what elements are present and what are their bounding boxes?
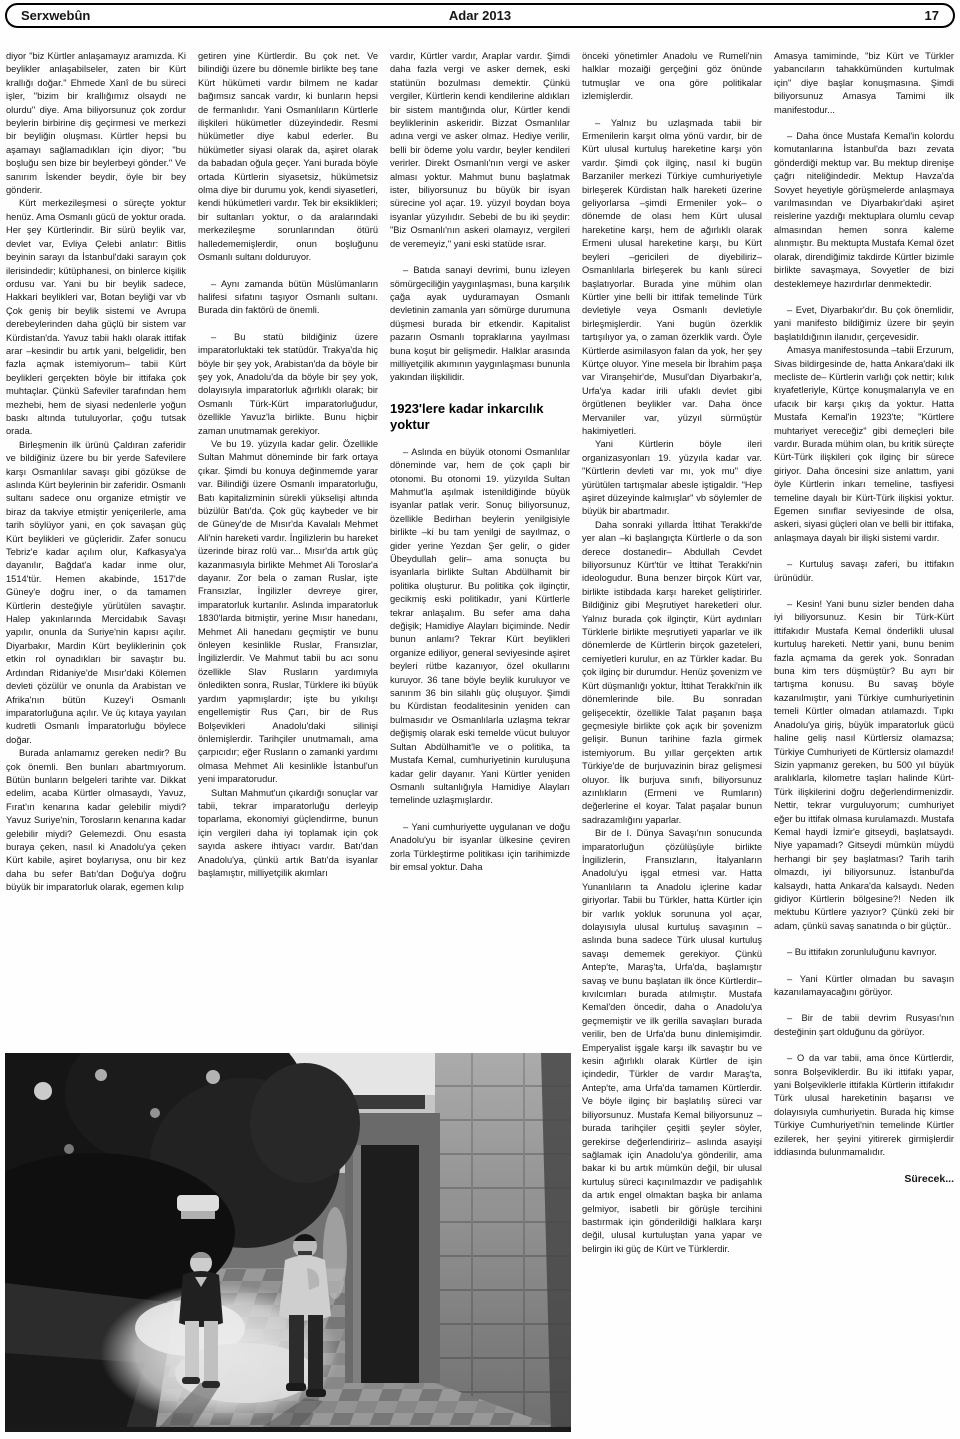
paragraph: önceki yönetimler Anadolu ve Rumeli'nin … [582,50,762,104]
paragraph: – Batıda sanayi devrimi, bunu izleyen sö… [390,264,570,385]
paragraph: – Yani Kürtler olmadan bu savaşın kazanı… [774,973,954,1000]
photo-illustration [5,1053,571,1432]
issue-date: Adar 2013 [7,8,953,23]
masthead-bar: Serxwebûn Adar 2013 17 [5,3,955,28]
paragraph: – Daha önce Mustafa Kemal'in kolordu kom… [774,130,954,291]
article-column-3: vardır, Kürtler vardır, Araplar vardır. … [390,50,570,1048]
paragraph: Sultan Mahmut'un çıkardığı sonuçlar var … [198,787,378,881]
paragraph: Ve bu 19. yüzyıla kadar gelir. Özellikle… [198,438,378,787]
paragraph: – O da var tabii, ama önce Kürtlerdir, s… [774,1052,954,1159]
paragraph: – Kurtuluş savaşı zaferi, bu ittifakın ü… [774,558,954,585]
article-column-1: diyor "biz Kürtler anlaşamayız aramızda.… [6,50,186,1048]
article-column-2: getiren yine Kürtlerdir. Bu çok net. Ve … [198,50,378,1048]
article-column-4: önceki yönetimler Anadolu ve Rumeli'nin … [582,50,762,1434]
paragraph: – Bu ittifakın zorunluluğunu kavrıyor. [774,946,954,959]
paragraph: – Kesin! Yani bunu sizler benden daha iy… [774,598,954,933]
paragraph: – Yalnız bu uzlaşmada tabii bir Ermenile… [582,117,762,439]
paragraph: Daha sonraki yıllarda İttihat Terakki'de… [582,519,762,827]
paragraph: Amasya tamiminde, "biz Kürt ve Türkler y… [774,50,954,117]
paragraph: – Yani cumhuriyette uygulanan ve doğu An… [390,821,570,875]
paragraph: – Aslında en büyük otonomi Osmanlılar dö… [390,446,570,808]
photo [5,1053,571,1432]
paragraph: getiren yine Kürtlerdir. Bu çok net. Ve … [198,50,378,265]
paragraph: – Evet, Diyarbakır'dır. Bu çok önemlidir… [774,304,954,344]
paragraph: Burada anlamamız gereken nedir? Bu çok ö… [6,747,186,894]
paragraph: Bir de I. Dünya Savaşı'nın sonucunda imp… [582,827,762,1256]
paragraph: – Bir de tabii devrim Rusyası'nın desteğ… [774,1012,954,1039]
paragraph: vardır, Kürtler vardır, Araplar vardır. … [390,50,570,251]
paragraph: diyor "biz Kürtler anlaşamayız aramızda.… [6,50,186,197]
paragraph: Kürt merkezileşmesi o süreçte yoktur hen… [6,197,186,438]
article-column-5: Amasya tamiminde, "biz Kürt ve Türkler y… [774,50,954,1434]
section-heading: 1923'lere kadar inkarcılık yoktur [390,401,570,433]
paragraph: – Bu statü bildiğiniz üzere imparatorluk… [198,331,378,438]
paragraph: Yani Kürtlerin böyle ileri organizasyonl… [582,438,762,518]
paragraph: Amasya manifestosunda –tabii Erzurum, Si… [774,344,954,545]
paragraph: – Aynı zamanda bütün Müslümanların halif… [198,278,378,318]
newspaper-page: Serxwebûn Adar 2013 17 diyor "biz Kürtle… [0,0,960,1439]
paragraph: Birleşmenin ilk ürünü Çaldıran zaferidir… [6,439,186,747]
continuation-note: Sürecek... [774,1173,954,1186]
